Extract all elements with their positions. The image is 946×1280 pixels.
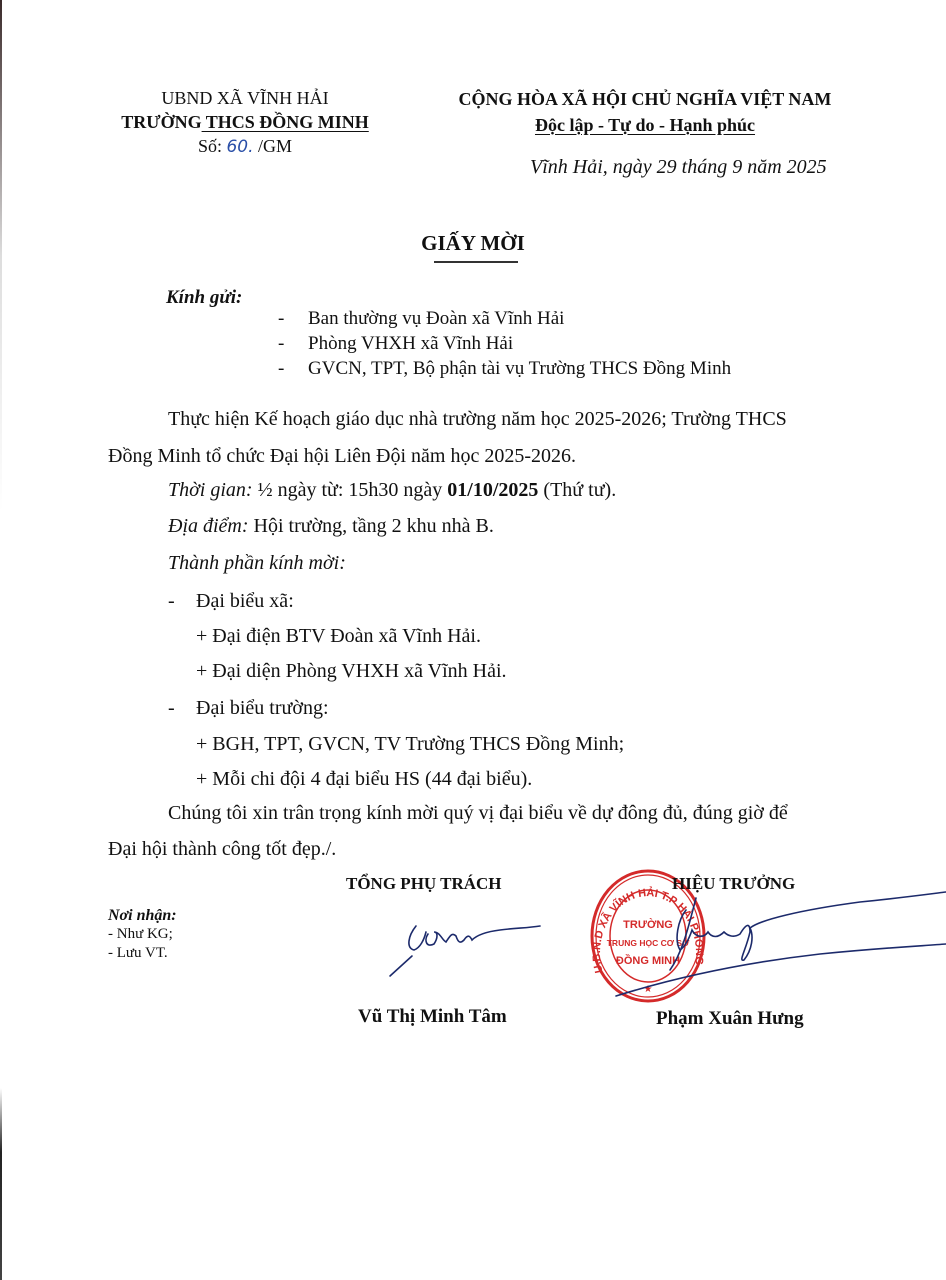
signer-name: Vũ Thị Minh Tâm: [358, 1006, 507, 1028]
signer-name: Phạm Xuân Hưng: [656, 1008, 804, 1030]
group-label: -Đại biểu trường:: [168, 697, 329, 720]
title-underline: [434, 261, 518, 263]
recipient-item: -GVCN, TPT, Bộ phận tài vụ Trường THCS Đ…: [278, 356, 731, 381]
greeting: Kính gửi:: [166, 287, 242, 309]
event-time: Thời gian: ½ ngày từ: 15h30 ngày 01/10/2…: [168, 479, 616, 502]
signature-scribble-left: [380, 910, 550, 980]
document-number: Số: 60. /GM: [105, 134, 385, 159]
intro-line-1: Thực hiện Kế hoạch giáo dục nhà trường n…: [168, 408, 787, 431]
recipient-item: -Phòng VHXH xã Vĩnh Hải: [278, 331, 731, 356]
school-name: TRƯỜNG THCS ĐỒNG MINH: [105, 110, 385, 134]
national-motto: Độc lập - Tự do - Hạnh phúc: [535, 115, 755, 135]
nation-name: CỘNG HÒA XÃ HỘI CHỦ NGHĨA VIỆT NAM: [440, 86, 850, 112]
document-title: GIẤY MỜI: [0, 231, 946, 256]
recipient-list: -Ban thường vụ Đoàn xã Vĩnh Hải -Phòng V…: [278, 306, 731, 381]
group-label: -Đại biểu xã:: [168, 590, 294, 613]
distribution-heading: Nơi nhận:: [108, 906, 177, 925]
recipient-item: -Ban thường vụ Đoàn xã Vĩnh Hải: [278, 306, 731, 331]
authority-name: UBND XÃ VĨNH HẢI: [105, 86, 385, 110]
group-item: + BGH, TPT, GVCN, TV Trường THCS Đồng Mi…: [196, 733, 624, 756]
group-item: + Mỗi chi đội 4 đại biểu HS (44 đại biểu…: [196, 768, 532, 791]
scan-edge: [0, 0, 2, 1280]
distribution-item: - Như KG;: [108, 925, 177, 944]
distribution-list: Nơi nhận: - Như KG; - Lưu VT.: [108, 906, 177, 963]
group-item: + Đại diện Phòng VHXH xã Vĩnh Hải.: [196, 660, 507, 683]
event-place: Địa điểm: Hội trường, tầng 2 khu nhà B.: [168, 515, 494, 538]
closing-line-2: Đại hội thành công tốt đẹp./.: [108, 838, 336, 861]
closing-line-1: Chúng tôi xin trân trọng kính mời quý vị…: [168, 802, 788, 825]
signature-title: TỔNG PHỤ TRÁCH: [346, 874, 502, 894]
national-header: CỘNG HÒA XÃ HỘI CHỦ NGHĨA VIỆT NAM Độc l…: [440, 86, 850, 138]
group-item: + Đại điện BTV Đoàn xã Vĩnh Hải.: [196, 625, 481, 648]
intro-line-2: Đồng Minh tổ chức Đại hội Liên Đội năm h…: [108, 445, 576, 468]
handwritten-number: 60.: [226, 137, 253, 157]
event-date: 01/10/2025: [447, 479, 538, 501]
composition-label: Thành phần kính mời:: [168, 552, 346, 575]
place-date: Vĩnh Hải, ngày 29 tháng 9 năm 2025: [530, 156, 827, 179]
signature-scribble-right: [600, 880, 946, 1000]
issuer-header: UBND XÃ VĨNH HẢI TRƯỜNG THCS ĐỒNG MINH S…: [105, 86, 385, 159]
distribution-item: - Lưu VT.: [108, 944, 177, 963]
